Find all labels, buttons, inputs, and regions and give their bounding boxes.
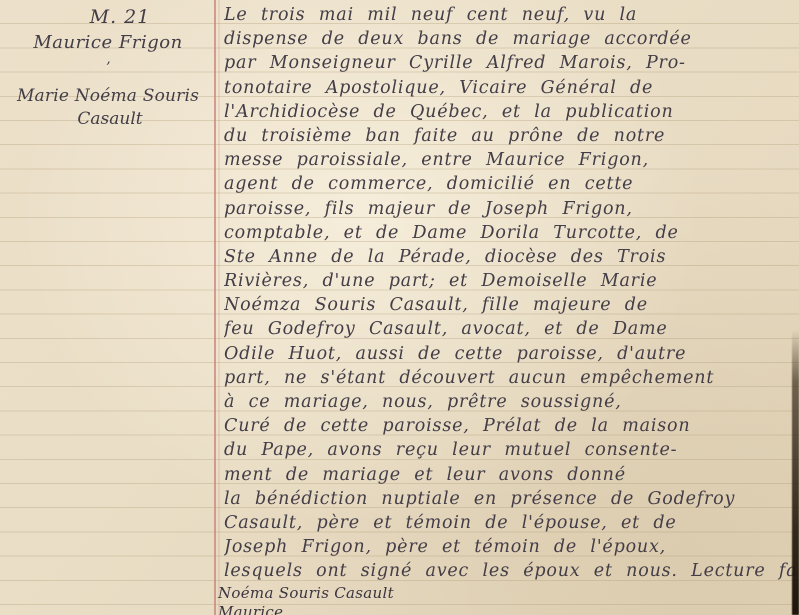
manuscript-line: du troisième ban faite au prône de notre xyxy=(224,124,796,148)
manuscript-line: la bénédiction nuptiale en présence de G… xyxy=(224,487,796,511)
manuscript-body: Le trois mai mil neuf cent neuf, vu ladi… xyxy=(224,3,796,584)
manuscript-line: Ste Anne de la Pérade, diocèse des Trois xyxy=(224,245,796,269)
margin-bride-name-line1: Marie Noéma Souris xyxy=(2,86,214,106)
manuscript-line: Noémza Souris Casault, fille majeure de xyxy=(224,293,796,317)
manuscript-line: Odile Huot, aussi de cette paroisse, d'a… xyxy=(224,342,796,366)
manuscript-line: Le trois mai mil neuf cent neuf, vu la xyxy=(224,3,796,27)
red-margin-rule xyxy=(214,0,216,615)
register-page: M. 21 Maurice Frigon ’ Marie Noéma Souri… xyxy=(0,0,799,615)
margin-groom-name: Maurice Frigon xyxy=(18,32,198,53)
manuscript-line: lesquels ont signé avec les époux et nou… xyxy=(224,559,796,583)
manuscript-line: à ce mariage, nous, prêtre soussigné, xyxy=(224,390,796,414)
entry-number: M. 21 xyxy=(60,6,180,28)
manuscript-line: comptable, et de Dame Dorila Turcotte, d… xyxy=(224,221,796,245)
page-gutter-shadow xyxy=(792,330,799,615)
manuscript-line: dispense de deux bans de mariage accordé… xyxy=(224,27,796,51)
margin-accent-mark: ’ xyxy=(106,60,110,76)
manuscript-line: messe paroissiale, entre Maurice Frigon, xyxy=(224,148,796,172)
manuscript-line: part, ne s'étant découvert aucun empêche… xyxy=(224,366,796,390)
manuscript-line: par Monseigneur Cyrille Alfred Marois, P… xyxy=(224,51,796,75)
manuscript-line: du Pape, avons reçu leur mutuel consente… xyxy=(224,438,796,462)
manuscript-line: Rivières, d'une part; et Demoiselle Mari… xyxy=(224,269,796,293)
manuscript-line: paroisse, fils majeur de Joseph Frigon, xyxy=(224,197,796,221)
manuscript-line: Casault, père et témoin de l'épouse, et … xyxy=(224,511,796,535)
signature-block: Noéma Souris Casault Maurice xyxy=(218,584,618,615)
manuscript-line: ment de mariage et leur avons donné xyxy=(224,463,796,487)
manuscript-line: agent de commerce, domicilié en cette xyxy=(224,172,796,196)
manuscript-line: Curé de cette paroisse, Prélat de la mai… xyxy=(224,414,796,438)
signature-groom-partial: Maurice xyxy=(218,603,618,615)
manuscript-line: Joseph Frigon, père et témoin de l'époux… xyxy=(224,535,796,559)
margin-bride-name-line2: Casault xyxy=(40,109,180,129)
manuscript-line: feu Godefroy Casault, avocat, et de Dame xyxy=(224,317,796,341)
manuscript-line: l'Archidiocèse de Québec, et la publicat… xyxy=(224,100,796,124)
signature-bride: Noéma Souris Casault xyxy=(218,584,618,603)
manuscript-line: tonotaire Apostolique, Vicaire Général d… xyxy=(224,76,796,100)
